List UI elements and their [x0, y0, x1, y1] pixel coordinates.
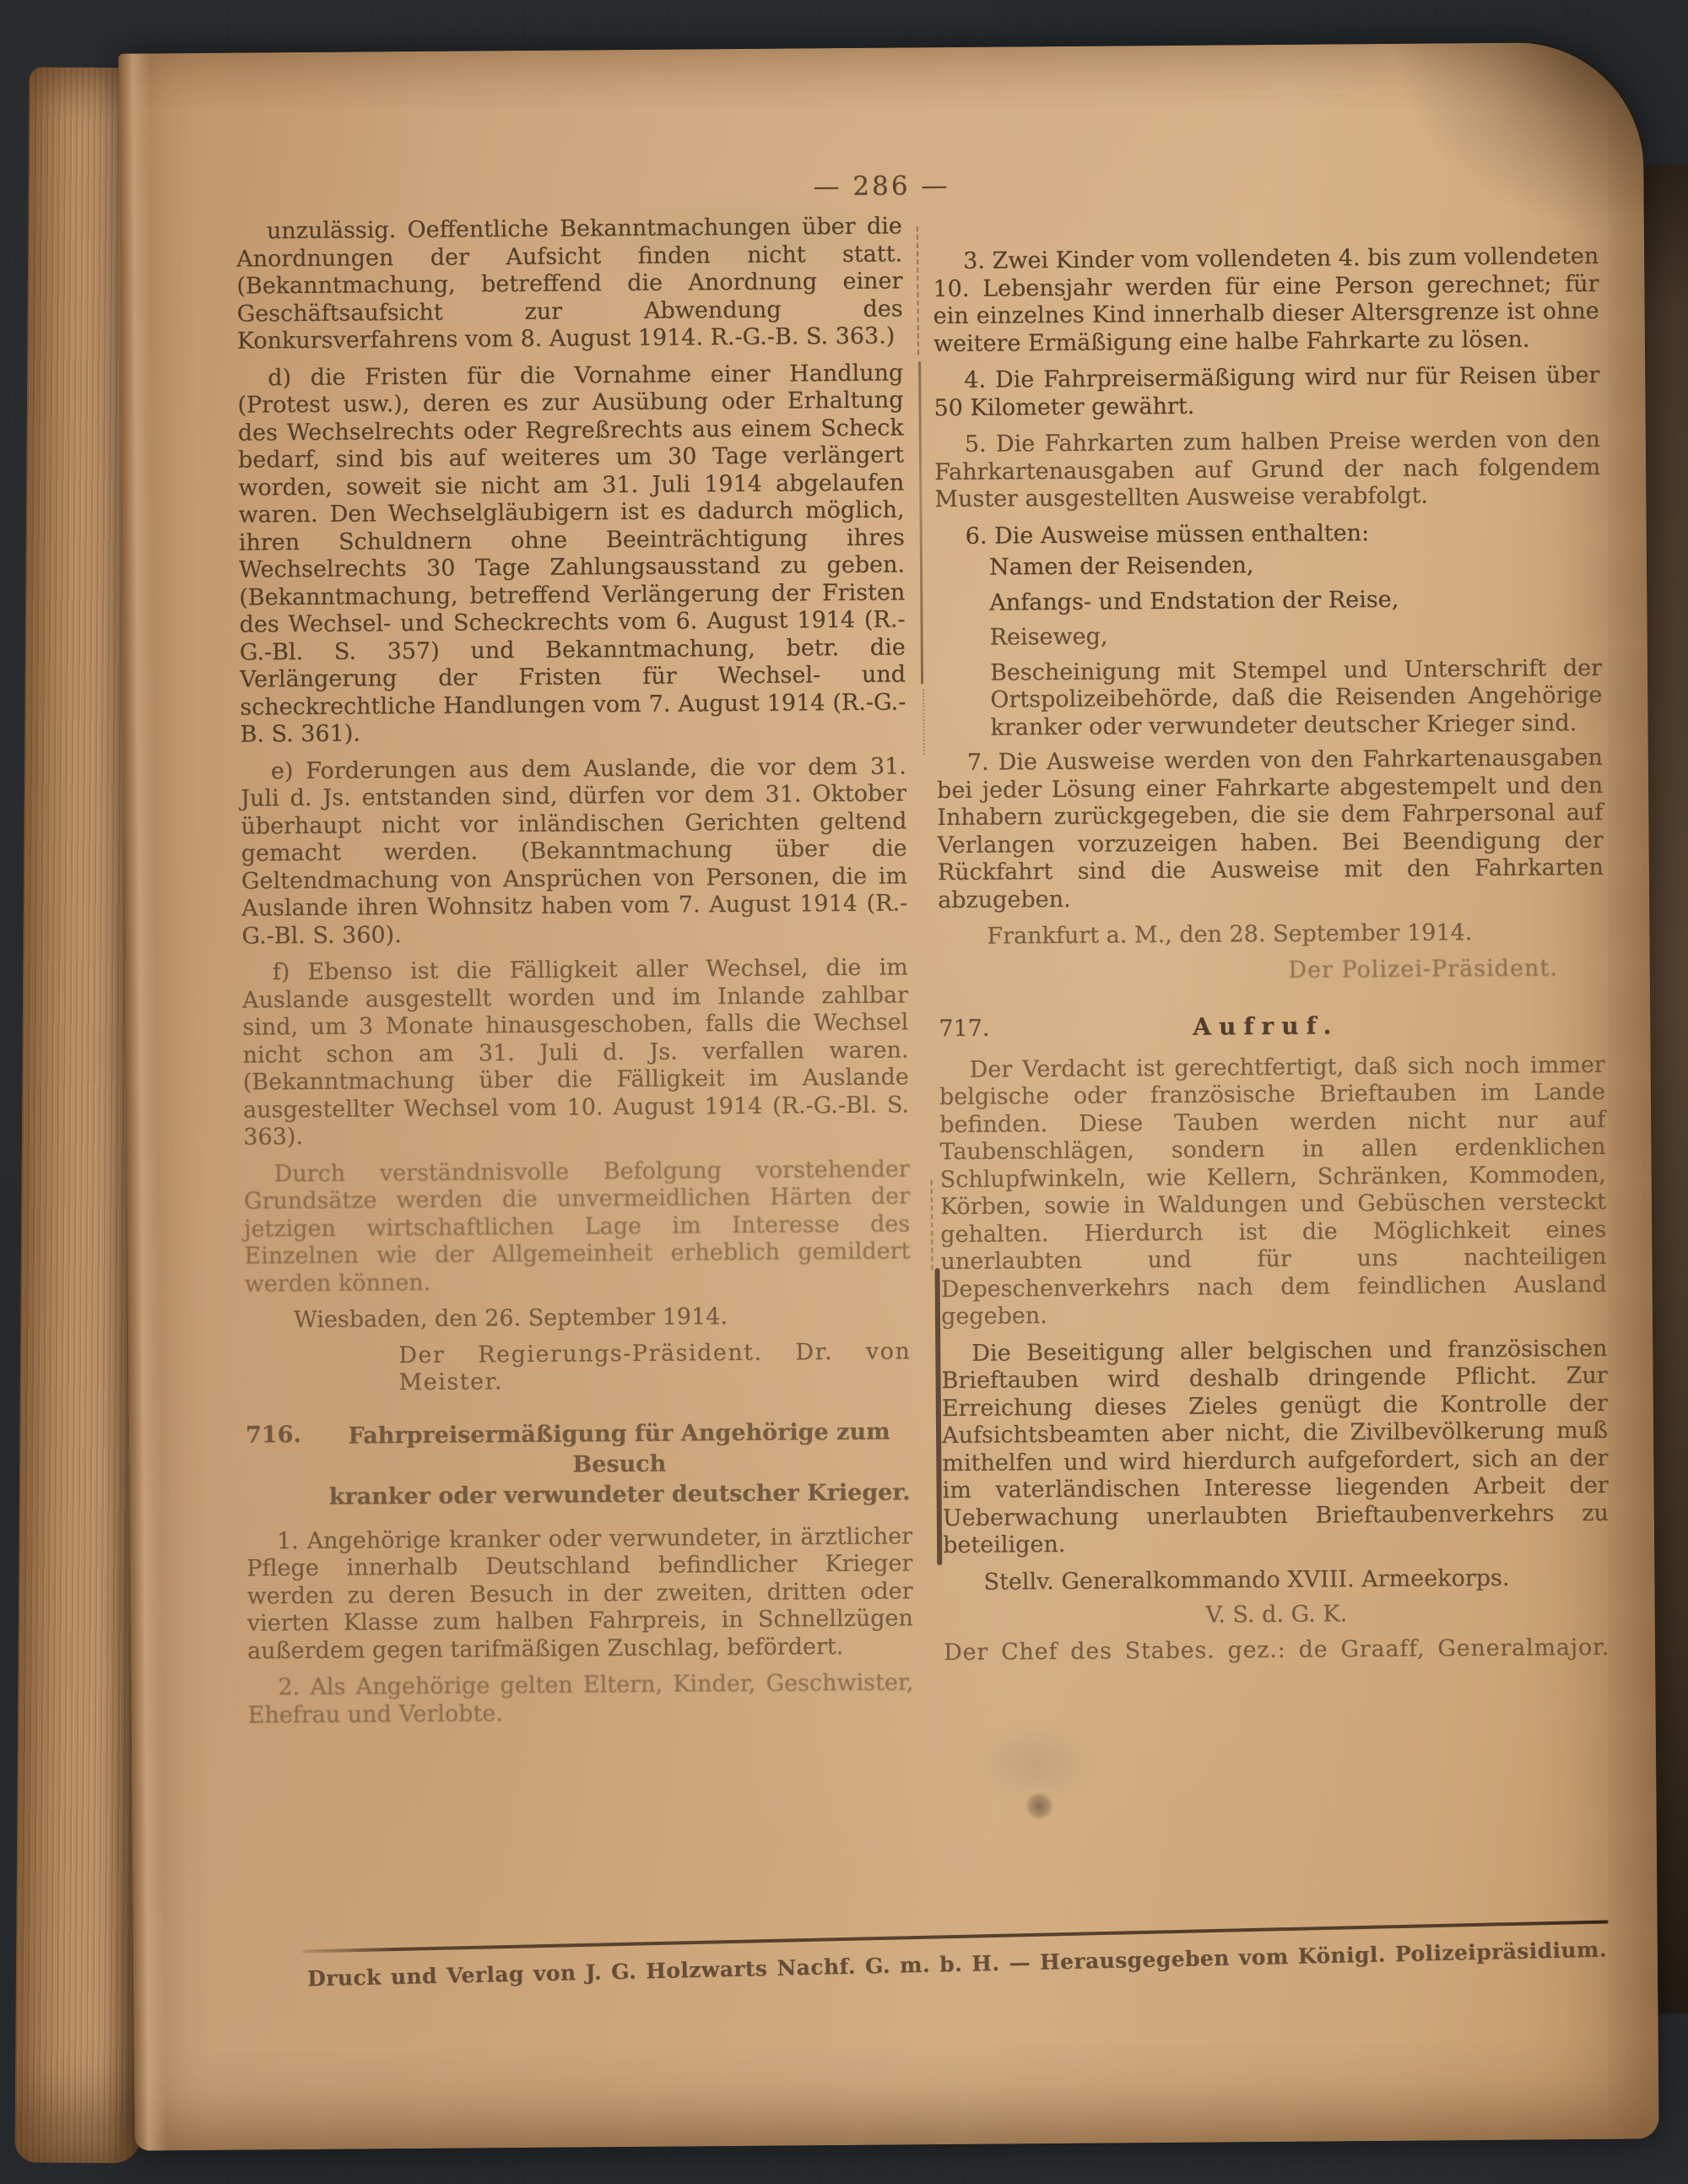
item-716-title-line2: kranker oder verwundeter deutscher Krieg…	[327, 1477, 912, 1512]
paragraph-e: e) Forderungen aus dem Auslande, die vor…	[241, 753, 908, 951]
page-number: — 286 —	[119, 165, 1643, 208]
signature-polizei-praesident: Der Polizei-Präsident.	[939, 954, 1604, 987]
item-3-paragraph: 3. Zwei Kinder vom vollendeten 4. bis zu…	[933, 243, 1599, 358]
left-column: unzulässig. Oeffentliche Bekanntmachunge…	[236, 213, 914, 1738]
page-content: unzulässig. Oeffentliche Bekanntmachunge…	[236, 208, 1610, 1739]
paragraph-continuation: unzulässig. Oeffentliche Bekanntmachunge…	[236, 213, 903, 355]
item-716-title-line1: Fahrpreisermäßigung für Angehörige zum B…	[327, 1417, 912, 1482]
signature-regierungs-praesident: Der Regierungs-Präsident. Dr. von Meiste…	[245, 1338, 911, 1398]
item-716-heading: 716. Fahrpreisermäßigung für Angehörige …	[246, 1417, 912, 1513]
signature-abbreviation: V. S. d. G. K.	[944, 1599, 1610, 1632]
paragraph-f: f) Ebenso ist die Fälligkeit aller Wechs…	[242, 954, 910, 1152]
item-6-list-entry: Namen der Reisenden,	[989, 550, 1601, 582]
item-4-paragraph: 4. Die Fahrpreisermäßigung wird nur für …	[933, 362, 1599, 422]
item-6-list-entry: Bescheinigung mit Stempel und Unterschri…	[990, 654, 1603, 741]
item-716-paragraph-1: 1. Angehörige kranker oder verwundeter, …	[246, 1523, 913, 1666]
smudge-stain	[971, 1722, 1099, 1803]
paragraph-d: d) die Fristen für die Vornahme einer Ha…	[237, 360, 906, 749]
item-717-heading: 717. Aufruf.	[939, 1011, 1604, 1043]
item-6-list-entry: Reiseweg,	[990, 620, 1602, 652]
item-717-paragraph-1: Der Verdacht ist gerechtfertigt, daß sic…	[939, 1051, 1608, 1330]
ink-spot-stain	[1025, 1792, 1053, 1819]
item-7-paragraph: 7. Die Ausweise werden von den Fahrkarte…	[937, 745, 1604, 914]
closing-paragraph: Durch verständnisvolle Befolgung vorsteh…	[244, 1156, 911, 1298]
signature-generalkommando: Stellv. Generalkommando XVIII. Armeekorp…	[943, 1563, 1609, 1596]
item-6-list-entry: Anfangs- und Endstation der Reise,	[989, 584, 1601, 616]
item-717-title: Aufruf.	[1020, 1011, 1604, 1043]
item-717-paragraph-2: Die Beseitigung aller belgischen und fra…	[941, 1335, 1609, 1559]
item-716-paragraph-2: 2. Als Angehörige gelten Eltern, Kinder,…	[247, 1669, 913, 1729]
item-717-number: 717.	[939, 1015, 1020, 1043]
book-page: — 286 — unzulässig. Oeffentliche Bekannt…	[118, 42, 1658, 2151]
dateline-frankfurt: Frankfurt a. M., den 28. September 1914.	[938, 919, 1604, 951]
scanned-book-photo: — 286 — unzulässig. Oeffentliche Bekannt…	[0, 0, 1688, 2184]
item-6-lead: 6. Die Ausweise müssen enthalten:	[935, 518, 1601, 550]
right-column: 3. Zwei Kinder vom vollendeten 4. bis zu…	[933, 208, 1610, 1733]
item-716-title: Fahrpreisermäßigung für Angehörige zum B…	[327, 1417, 912, 1512]
dateline-wiesbaden: Wiesbaden, den 26. September 1914.	[245, 1302, 911, 1335]
item-716-number: 716.	[246, 1421, 327, 1513]
signature-chef-des-stabes: Der Chef des Stabes. gez.: de Graaff, Ge…	[944, 1634, 1610, 1666]
item-5-paragraph: 5. Die Fahrkarten zum halben Preise werd…	[934, 426, 1601, 514]
